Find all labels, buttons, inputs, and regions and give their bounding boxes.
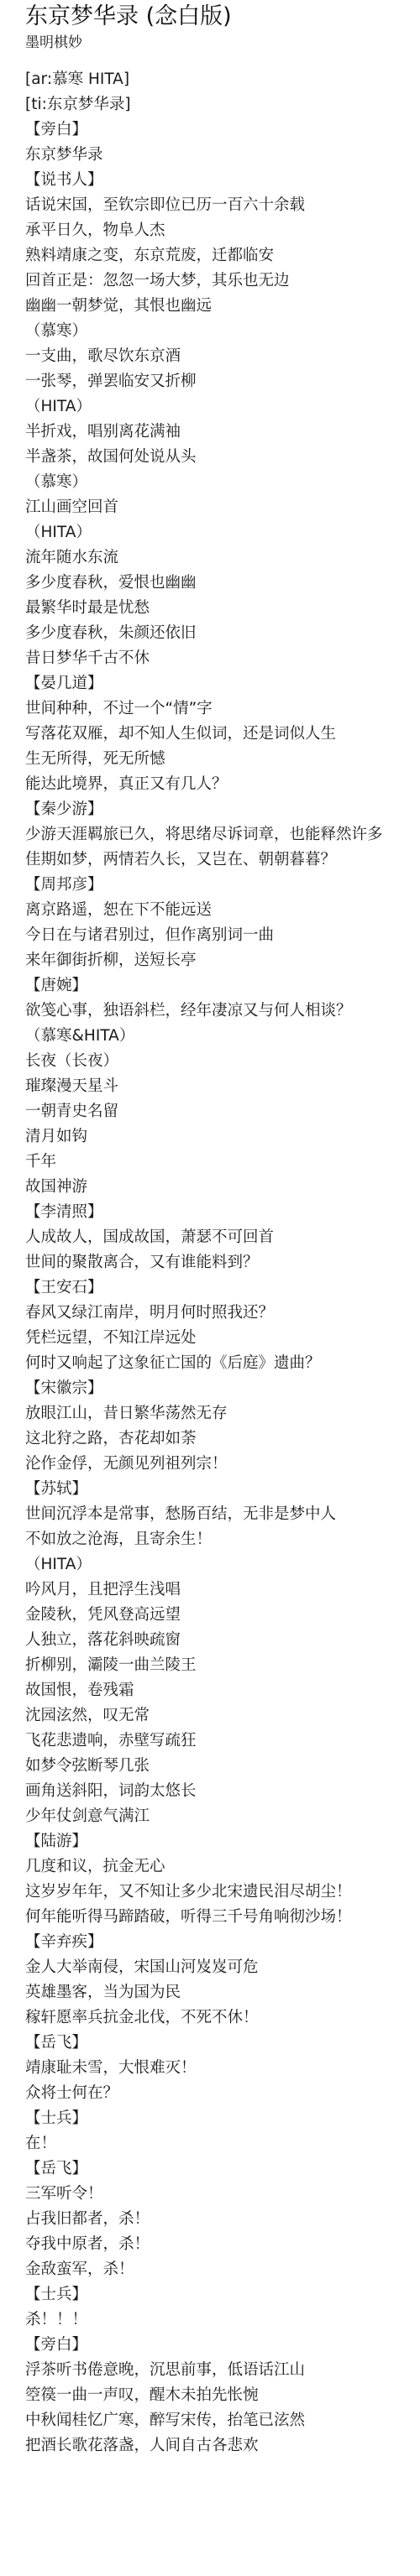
lyric-line: 人独立，落花斜映疏窗 [25, 1628, 420, 1653]
lyric-line: 金敌蛮军，杀！ [25, 2257, 420, 2282]
singer-label: （慕寒） [25, 470, 420, 495]
lyric-line: 沈园泫然，叹无常 [25, 1703, 420, 1729]
speaker-label: 【士兵】 [25, 2106, 420, 2131]
lyric-line: 熟料靖康之变，东京荒废，迁都临安 [25, 243, 420, 269]
lyric-line: 英雄墨客，当为国为民 [25, 1980, 420, 2005]
singer-label: （慕寒&HITA） [25, 1024, 420, 1049]
lyric-line: 人成故人，国成故国，萧瑟不可回首 [25, 1225, 420, 1250]
lyric-line: 故国恨，卷残霜 [25, 1678, 420, 1703]
lyric-line: 半盏茶，故国何处说从头 [25, 445, 420, 470]
lyric-line: 清月如钩 [25, 1124, 420, 1150]
lyric-line: 昔日梦华千古不休 [25, 646, 420, 671]
speaker-label: 【旁白】 [25, 2333, 420, 2358]
lyric-line: 多少度春秋，爱恨也幽幽 [25, 571, 420, 596]
lyric-line: 生无所得，死无所憾 [25, 747, 420, 772]
lyric-line: 世间沉浮本是常事，愁肠百结，无非是梦中人 [25, 1502, 420, 1527]
lyric-line: 众将士何在？ [25, 2081, 420, 2106]
lyric-line: 写落花双雁，却不知人生似词，还是词似人生 [25, 722, 420, 747]
lyric-line: 故国神游 [25, 1175, 420, 1200]
lyric-line: 三军听令！ [25, 2182, 420, 2207]
speaker-label: 【岳飞】 [25, 2031, 420, 2056]
lyric-line: 何年能听得马蹄踏破，听得三千号角响彻沙场！ [25, 1905, 420, 1930]
lyric-line: 放眼江山，昔日繁华荡然无存 [25, 1401, 420, 1426]
lyric-line: 何时又响起了这象征亡国的《后庭》遗曲？ [25, 1351, 420, 1376]
speaker-label: 【陆游】 [25, 1829, 420, 1854]
lyric-line: 不如放之沧海，且寄余生！ [25, 1527, 420, 1552]
lyric-line: 杀！！！ [25, 2307, 420, 2333]
lyric-line: 承平日久，物阜人杰 [25, 218, 420, 243]
lyric-line: 中秋闻桂忆广寒，醉写宋传，抬笔已泫然 [25, 2408, 420, 2433]
lyric-line: 话说宋国，至钦宗即位已历一百六十余载 [25, 193, 420, 218]
lyric-line: 占我旧都者，杀！ [25, 2207, 420, 2232]
speaker-label: 【晏几道】 [25, 671, 420, 696]
lyric-line: 能达此境界，真正又有几人？ [25, 772, 420, 797]
lyric-line: 在！ [25, 2131, 420, 2156]
lyric-line: 最繁华时最是忧愁 [25, 596, 420, 621]
lyric-line: 千年 [25, 1150, 420, 1175]
speaker-label: 【旁白】 [25, 117, 420, 143]
lyric-line: 半折戏，唱别离花满袖 [25, 420, 420, 445]
lyric-line: 浮茶听书倦意晚，沉思前事，低语话江山 [25, 2358, 420, 2383]
speaker-label: 【岳飞】 [25, 2156, 420, 2182]
lyric-line: 飞花悲遗响，赤壁写疏狂 [25, 1729, 420, 1754]
lyrics-page: 东京梦华录 (念白版) 墨明棋妙 [ar:慕寒 HITA][ti:东京梦华录]【… [25, 0, 416, 52]
lyric-line: 金人大举南侵，宋国山河岌岌可危 [25, 1955, 420, 1980]
lyric-line: 这岁岁年年，又不知让多少北宋遗民泪尽胡尘！ [25, 1880, 420, 1905]
lyric-line: 璀璨漫天星斗 [25, 1074, 420, 1099]
speaker-label: 【唐婉】 [25, 973, 420, 999]
lyric-line: 少年仗剑意气满江 [25, 1804, 420, 1829]
lyric-line: 多少度春秋，朱颜还依旧 [25, 621, 420, 646]
lyric-line: 夺我中原者，杀！ [25, 2232, 420, 2257]
lyric-line: 一张琴，弹罢临安又折柳 [25, 369, 420, 394]
artist-name: 墨明棋妙 [25, 34, 416, 52]
lyric-line: 世间的聚散离合，又有谁能料到？ [25, 1250, 420, 1275]
lyric-line: 离京路遥，恕在下不能远送 [25, 898, 420, 923]
lyric-line: 稼轩愿率兵抗金北伐，不死不休！ [25, 2005, 420, 2031]
singer-label: （慕寒） [25, 319, 420, 344]
lyric-line: 箜篌一曲一声叹，醒木未拍先怅惋 [25, 2383, 420, 2408]
lyrics-body: [ar:慕寒 HITA][ti:东京梦华录]【旁白】东京梦华录【说书人】话说宋国… [25, 67, 420, 2459]
lyric-line: 东京梦华录 [25, 143, 420, 168]
lyric-line: 靖康耻未雪，大恨难灭！ [25, 2056, 420, 2081]
speaker-label: 【说书人】 [25, 168, 420, 193]
singer-label: （HITA） [25, 1552, 420, 1577]
lyric-line: 流年随水东流 [25, 545, 420, 571]
lyric-line: 一朝青史名留 [25, 1099, 420, 1124]
singer-label: （HITA） [25, 394, 420, 420]
song-title: 东京梦华录 (念白版) [25, 3, 416, 31]
lyric-line: 如梦令弦断琴几张 [25, 1754, 420, 1779]
lyric-line: 回首正是：忽忽一场大梦，其乐也无边 [25, 269, 420, 294]
lyric-line: 一支曲，歌尽饮东京酒 [25, 344, 420, 369]
speaker-label: 【宋徽宗】 [25, 1376, 420, 1401]
speaker-label: 【士兵】 [25, 2282, 420, 2307]
lyric-line: 金陵秋，凭风登高远望 [25, 1603, 420, 1628]
lyric-meta-tag: [ar:慕寒 HITA] [25, 67, 420, 92]
lyric-meta-tag: [ti:东京梦华录] [25, 92, 420, 117]
lyric-line: 佳期如梦，两情若久长，又岂在、朝朝暮暮？ [25, 847, 420, 873]
speaker-label: 【李清照】 [25, 1200, 420, 1225]
lyric-line: 今日在与诸君别过，但作离别词一曲 [25, 923, 420, 948]
speaker-label: 【王安石】 [25, 1275, 420, 1301]
lyric-line: 折柳别，灞陵一曲兰陵王 [25, 1653, 420, 1678]
lyric-line: 几度和议，抗金无心 [25, 1854, 420, 1880]
singer-label: （HITA） [25, 520, 420, 545]
speaker-label: 【周邦彦】 [25, 873, 420, 898]
lyric-line: 画角送斜阳，词韵太悠长 [25, 1779, 420, 1804]
speaker-label: 【苏轼】 [25, 1477, 420, 1502]
speaker-label: 【辛弃疾】 [25, 1930, 420, 1955]
lyric-line: 凭栏远望，不知江岸远处 [25, 1326, 420, 1351]
lyric-line: 欲笺心事，独语斜栏，经年凄凉又与何人相谈？ [25, 999, 420, 1024]
lyric-line: 来年御街折柳，送短长亭 [25, 948, 420, 973]
lyric-line: 把酒长歌花落盏，人间自古各悲欢 [25, 2433, 420, 2459]
lyric-line: 幽幽一朝梦觉，其恨也幽远 [25, 294, 420, 319]
lyric-line: 吟风月，且把浮生浅唱 [25, 1577, 420, 1603]
lyric-line: 世间种种，不过一个“情”字 [25, 696, 420, 722]
lyric-line: 这北狩之路，杏花却如荼 [25, 1426, 420, 1452]
lyric-line: 少游天涯羁旅已久，将思绪尽诉词章，也能释然许多 [25, 822, 420, 847]
lyric-line: 沦作金俘，无颜见列祖列宗！ [25, 1452, 420, 1477]
speaker-label: 【秦少游】 [25, 797, 420, 822]
lyric-line: 春风又绿江南岸，明月何时照我还？ [25, 1301, 420, 1326]
lyric-line: 江山画空回首 [25, 495, 420, 520]
lyric-line: 长夜（长夜） [25, 1049, 420, 1074]
